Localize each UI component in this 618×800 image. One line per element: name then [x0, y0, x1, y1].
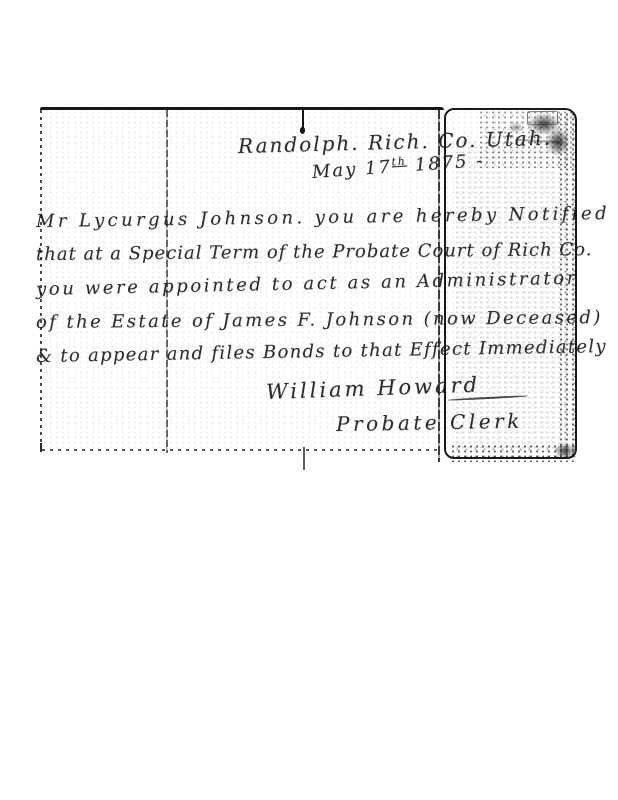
scan-noise-panel-interior: [454, 140, 566, 450]
scanned-letter-page: Randolph. Rich. Co. Utah. May 17th 1875 …: [0, 0, 618, 800]
smudge-blob-corner: [554, 443, 576, 459]
faint-stamp-mark: [527, 111, 558, 126]
signature-title: Probate Clerk: [336, 409, 523, 436]
date-ordinal-suffix: th: [391, 154, 407, 168]
